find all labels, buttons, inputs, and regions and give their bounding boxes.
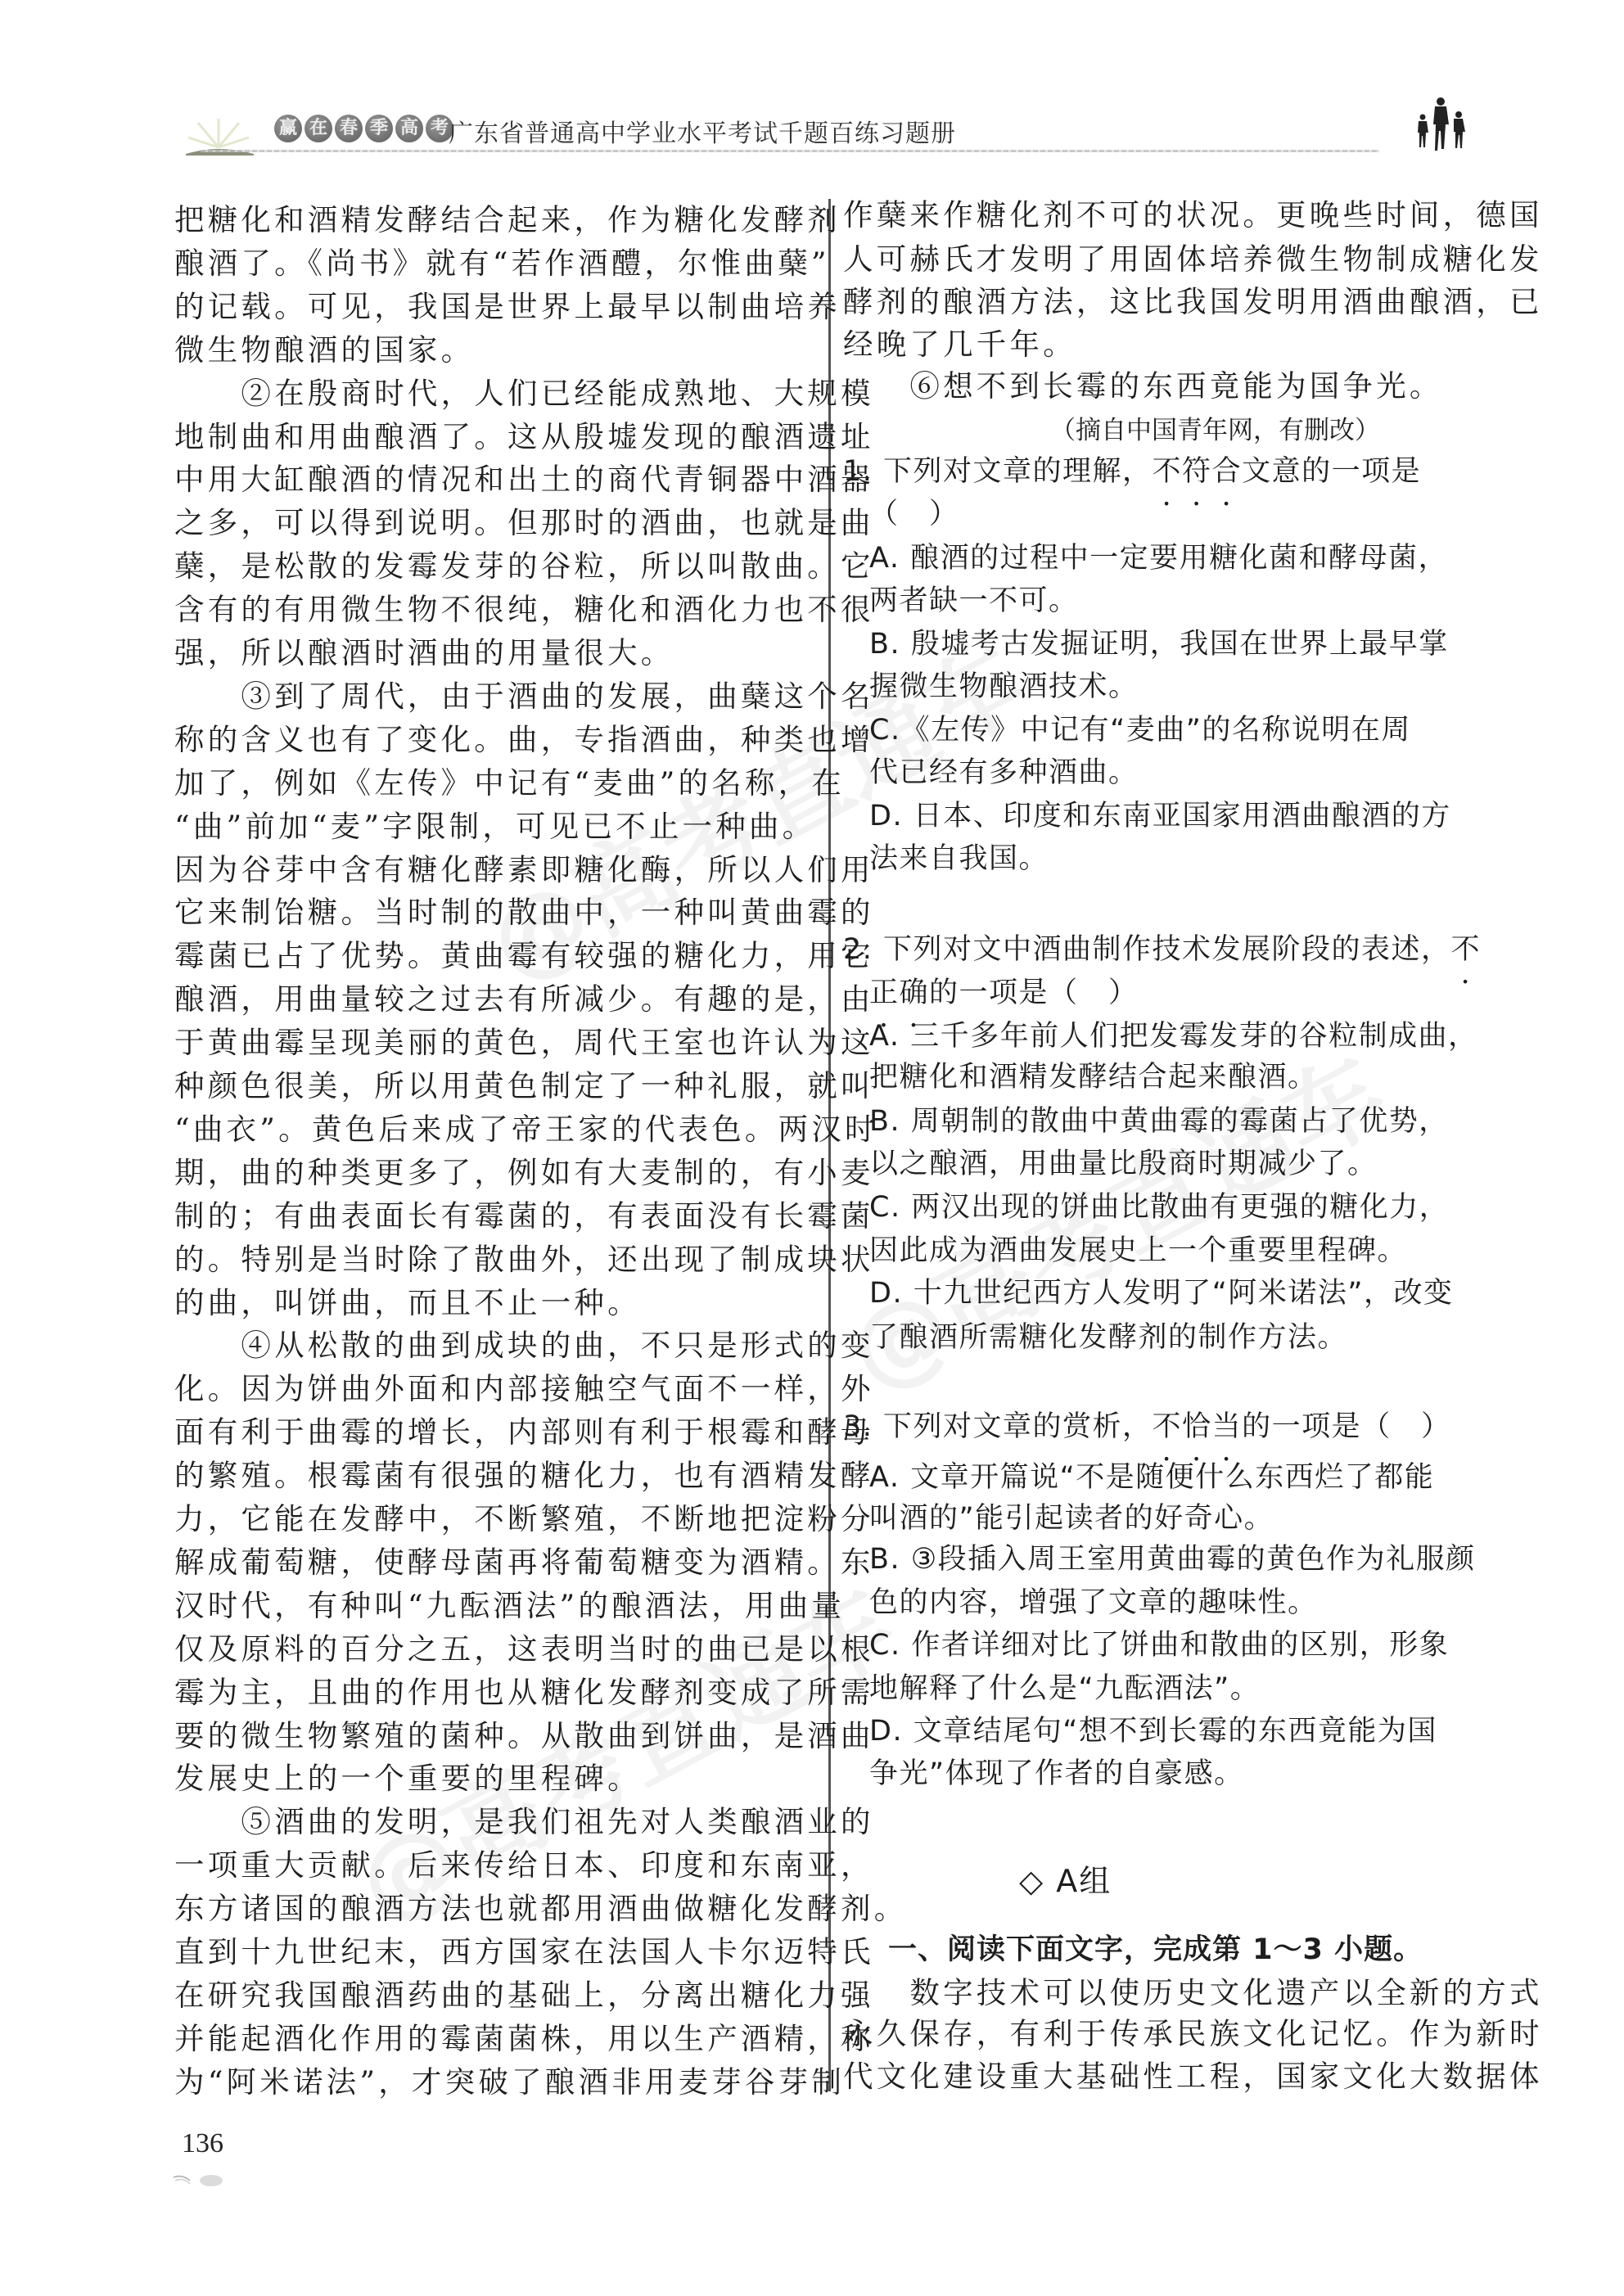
- option-b-cont: 以之酿酒，用曲量比殷商时期减少了。: [869, 1143, 1378, 1185]
- question-2-stem-cont: 正确的一项是（ ）: [869, 972, 1139, 1014]
- option-c-cont: 地解释了什么是“九酝酒法”。: [869, 1667, 1260, 1710]
- passage-line: 期，曲的种类更多了，例如有大麦制的，有小麦: [174, 1152, 874, 1194]
- option-d-cont: 了酿酒所需糖化发酵剂的制作方法。: [869, 1316, 1347, 1359]
- option-c[interactable]: C. 两汉出现的饼曲比散曲有更强的糖化力，: [869, 1186, 1449, 1229]
- passage-line: 微生物酿酒的国家。: [174, 329, 474, 372]
- passage-line: 中用大缸酿酒的情况和出土的商代青铜器中酒器: [174, 458, 874, 501]
- option-c[interactable]: C.《左传》中记有“麦曲”的名称说明在周: [869, 709, 1411, 751]
- header-rule: [201, 150, 1379, 152]
- option-a-cont: 把糖化和酒精发酵结合起来酿酒。: [869, 1056, 1318, 1098]
- emphasis-char: 恰: [1182, 1410, 1212, 1443]
- passage-line: 经晚了几千年。: [843, 323, 1076, 366]
- group-title: ◇ A组: [1019, 1860, 1112, 1902]
- stem-text-with-blank[interactable]: 的一项是（ ）: [1242, 1410, 1451, 1443]
- passage-line: 汉时代，有种叫“九酝酒法”的酿酒法，用曲量: [174, 1585, 845, 1627]
- passage-line: 的。特别是当时除了散曲外，还出现了制成块状: [174, 1238, 874, 1281]
- stem-text: 1. 下列对文章的理解，: [843, 455, 1153, 488]
- passage-line: 数字技术可以使历史文化遗产以全新的方式: [843, 1972, 1543, 2014]
- option-b[interactable]: B. 周朝制的散曲中黄曲霉的霉菌占了优势，: [869, 1100, 1449, 1143]
- option-d[interactable]: D. 日本、印度和东南亚国家用酒曲酿酒的方: [869, 795, 1451, 837]
- badge-char: 高: [395, 115, 423, 142]
- emphasis-char: 不: [1451, 933, 1482, 966]
- book-title: 广东省普通高中学业水平考试千题百练习题册: [449, 113, 956, 149]
- passage-line: 种颜色很美，所以用黄色制定了一种礼服，就叫: [174, 1065, 874, 1107]
- option-c-cont: 因此成为酒曲发展史上一个重要里程碑。: [869, 1229, 1407, 1272]
- question-1-stem: 1. 下列对文章的理解，不符合文意的一项是: [843, 450, 1421, 493]
- passage-line: 解成葡萄糖，使酵母菌再将葡萄糖变为酒精。东: [174, 1541, 874, 1584]
- page-header: 赢 在 春 季 高 考 广东省普通高中学业水平考试千题百练习题册: [0, 0, 1624, 188]
- option-d[interactable]: D. 文章结尾句“想不到长霉的东西竟能为国: [869, 1710, 1437, 1752]
- passage-line: 仅及原料的百分之五，这表明当时的曲已是以根: [174, 1628, 874, 1671]
- option-a-cont: 两者缺一不可。: [869, 580, 1079, 622]
- option-c-cont: 代已经有多种酒曲。: [869, 751, 1139, 794]
- passage-line: 酿酒，用曲量较之过去有所减少。有趣的是，由: [174, 978, 874, 1021]
- passage-line: 霉菌已占了优势。黄曲霉有较强的糖化力，用它: [174, 935, 874, 977]
- option-b[interactable]: B. ③段插入周王室用黄曲霉的黄色作为礼服颜: [869, 1538, 1476, 1581]
- page-number: 136: [182, 2128, 223, 2159]
- emphasis-char: 当: [1212, 1410, 1243, 1443]
- passage-line: “曲衣”。黄色后来成了帝王家的代表色。两汉时: [174, 1108, 878, 1151]
- question-3-stem: 3. 下列对文章的赏析，不恰当的一项是（ ）: [843, 1405, 1451, 1448]
- option-a[interactable]: A. 文章开篇说“不是随便什么东西烂了都能: [869, 1456, 1434, 1499]
- passage-line: 面有利于曲霉的增长，内部则有利于根霉和酵母: [174, 1411, 874, 1454]
- sunrise-book-logo-icon: [182, 115, 255, 164]
- passage-line: 力，它能在发酵中，不断繁殖，不断地把淀粉分: [174, 1498, 874, 1540]
- option-d-cont: 法来自我国。: [869, 837, 1049, 880]
- passage-line: 为“阿米诺法”，才突破了酿酒非用麦芽谷芽制: [174, 2061, 845, 2104]
- passage-line: 把糖化和酒精发酵结合起来，作为糖化发酵剂: [174, 199, 841, 241]
- passage-line: 酵剂的酿酒方法，这比我国发明用酒曲酿酒，已: [843, 281, 1543, 323]
- passage-line: 永久保存，有利于传承民族文化记忆。作为新时: [843, 2013, 1543, 2055]
- answer-blank[interactable]: （ ）: [869, 493, 959, 535]
- question-2-stem: 2. 下列对文中酒曲制作技术发展阶段的表述，不: [843, 928, 1481, 971]
- passage-line: 因为谷芽中含有糖化酵素即糖化酶，所以人们用: [174, 849, 874, 891]
- passage-line: 霉为主，且曲的作用也从糖化发酵剂变成了所需: [174, 1671, 874, 1714]
- emphasis-char: 合: [1212, 455, 1243, 488]
- badge-char: 在: [304, 115, 332, 142]
- passage-line: 在研究我国酿酒药曲的基础上，分离出糖化力强: [174, 1974, 874, 2017]
- emphasis-char: 确: [900, 977, 930, 1009]
- passage-line: 称的含义也有了变化。曲，专指酒曲，种类也增: [174, 719, 874, 761]
- source-attribution: （摘自中国青年网，有删改）: [1050, 409, 1380, 452]
- passage-line: 含有的有用微生物不很纯，糖化和酒化力也不很: [174, 589, 874, 631]
- passage-line: ⑥想不到长霉的东西竟能为国争光。: [843, 365, 1443, 408]
- passage-line: 代文化建设重大基础性工程，国家文化大数据体: [843, 2055, 1543, 2098]
- option-d-cont: 争光”体现了作者的自豪感。: [869, 1752, 1244, 1795]
- option-c[interactable]: C. 作者详细对比了饼曲和散曲的区别，形象: [869, 1624, 1449, 1667]
- emphasis-char: 正: [869, 977, 900, 1009]
- option-a[interactable]: A. 酿酒的过程中一定要用糖化菌和酵母菌，: [869, 537, 1448, 580]
- option-b[interactable]: B. 殷墟考古发掘证明，我国在世界上最早掌: [869, 623, 1449, 665]
- passage-line: ⑤酒曲的发明，是我们祖先对人类酿酒业的: [174, 1801, 874, 1843]
- badge-char: 季: [365, 115, 393, 142]
- passage-line: 要的微生物繁殖的菌种。从散曲到饼曲，是酒曲: [174, 1715, 874, 1757]
- passage-line: 发展史上的一个重要的里程碑。: [174, 1757, 641, 1800]
- passage-line: 制的；有曲表面长有霉菌的，有表面没有长霉菌: [174, 1195, 874, 1238]
- passage-line: 的曲，叫饼曲，而且不止一种。: [174, 1282, 641, 1324]
- stem-text: 文意的一项是: [1242, 455, 1421, 488]
- passage-line: 并能起酒化作用的霉菌菌株，用以生产酒精，称: [174, 2018, 874, 2060]
- passage-line: 化。因为饼曲外面和内部接触空气面不一样，外: [174, 1368, 874, 1410]
- passage-line: 一项重大贡献。后来传给日本、印度和东南亚，: [174, 1844, 874, 1887]
- runners-icon: [1412, 97, 1469, 156]
- option-b-cont: 握微生物酿酒技术。: [869, 665, 1139, 708]
- passage-line: 的记载。可见，我国是世界上最早以制曲培养: [174, 286, 841, 328]
- section-heading: 一、阅读下面文字，完成第 1～3 小题。: [888, 1928, 1423, 1971]
- passage-line: 作蘖来作糖化剂不可的状况。更晚些时间，德国: [843, 194, 1543, 237]
- passage-line: 加了，例如《左传》中记有“麦曲”的名称，在: [174, 762, 845, 805]
- passage-line: “曲”前加“麦”字限制，可见已不止一种曲。: [174, 805, 815, 848]
- passage-line: 东方诸国的酿酒方法也就都用酒曲做糖化发酵剂。: [174, 1888, 907, 1930]
- footer-ornament-icon: [172, 2171, 225, 2190]
- passage-line: 于黄曲霉呈现美丽的黄色，周代王室也许认为这: [174, 1022, 874, 1064]
- answer-blank[interactable]: 的一项是（ ）: [929, 977, 1139, 1009]
- passage-line: 地制曲和用曲酿酒了。这从殷墟发现的酿酒遗址: [174, 416, 874, 458]
- emphasis-char: 不: [1153, 1410, 1183, 1443]
- passage-line: 强，所以酿酒时酒曲的用量很大。: [174, 632, 674, 674]
- passage-line: 蘖，是松散的发霉发芽的谷粒，所以叫散曲。它: [174, 545, 874, 588]
- passage-line: 之多，可以得到说明。但那时的酒曲，也就是曲: [174, 502, 874, 544]
- option-a[interactable]: A. 三千多年前人们把发霉发芽的谷粒制成曲，: [869, 1015, 1478, 1058]
- passage-line: 的繁殖。根霉菌有很强的糖化力，也有酒精发酵: [174, 1455, 874, 1497]
- passage-line: 人可赫氏才发明了用固体培养微生物制成糖化发: [843, 238, 1543, 281]
- series-badges: 赢 在 春 季 高 考: [274, 115, 453, 142]
- passage-line: ③到了周代，由于酒曲的发展，曲蘖这个名: [174, 675, 874, 718]
- badge-char: 赢: [274, 115, 302, 142]
- option-b-cont: 色的内容，增强了文章的趣味性。: [869, 1581, 1318, 1624]
- badge-char: 春: [335, 115, 363, 142]
- passage-line: 直到十九世纪末，西方国家在法国人卡尔迈特氏: [174, 1931, 874, 1973]
- stem-text: 3. 下列对文章的赏析，: [843, 1410, 1153, 1443]
- option-d[interactable]: D. 十九世纪西方人发明了“阿米诺法”，改变: [869, 1272, 1453, 1315]
- stem-text: 2. 下列对文中酒曲制作技术发展阶段的表述，: [843, 933, 1451, 966]
- emphasis-char: 符: [1182, 455, 1212, 488]
- option-a-cont: 叫酒的”能引起读者的好奇心。: [869, 1497, 1274, 1540]
- passage-line: 酿酒了。《尚书》就有“若作酒醴，尔惟曲蘖”: [174, 242, 830, 285]
- passage-line: ②在殷商时代，人们已经能成熟地、大规模: [174, 372, 874, 415]
- emphasis-char: 不: [1153, 455, 1183, 488]
- passage-line: 它来制饴糖。当时制的散曲中，一种叫黄曲霉的: [174, 891, 874, 934]
- passage-line: ④从松散的曲到成块的曲，不只是形式的变: [174, 1324, 874, 1367]
